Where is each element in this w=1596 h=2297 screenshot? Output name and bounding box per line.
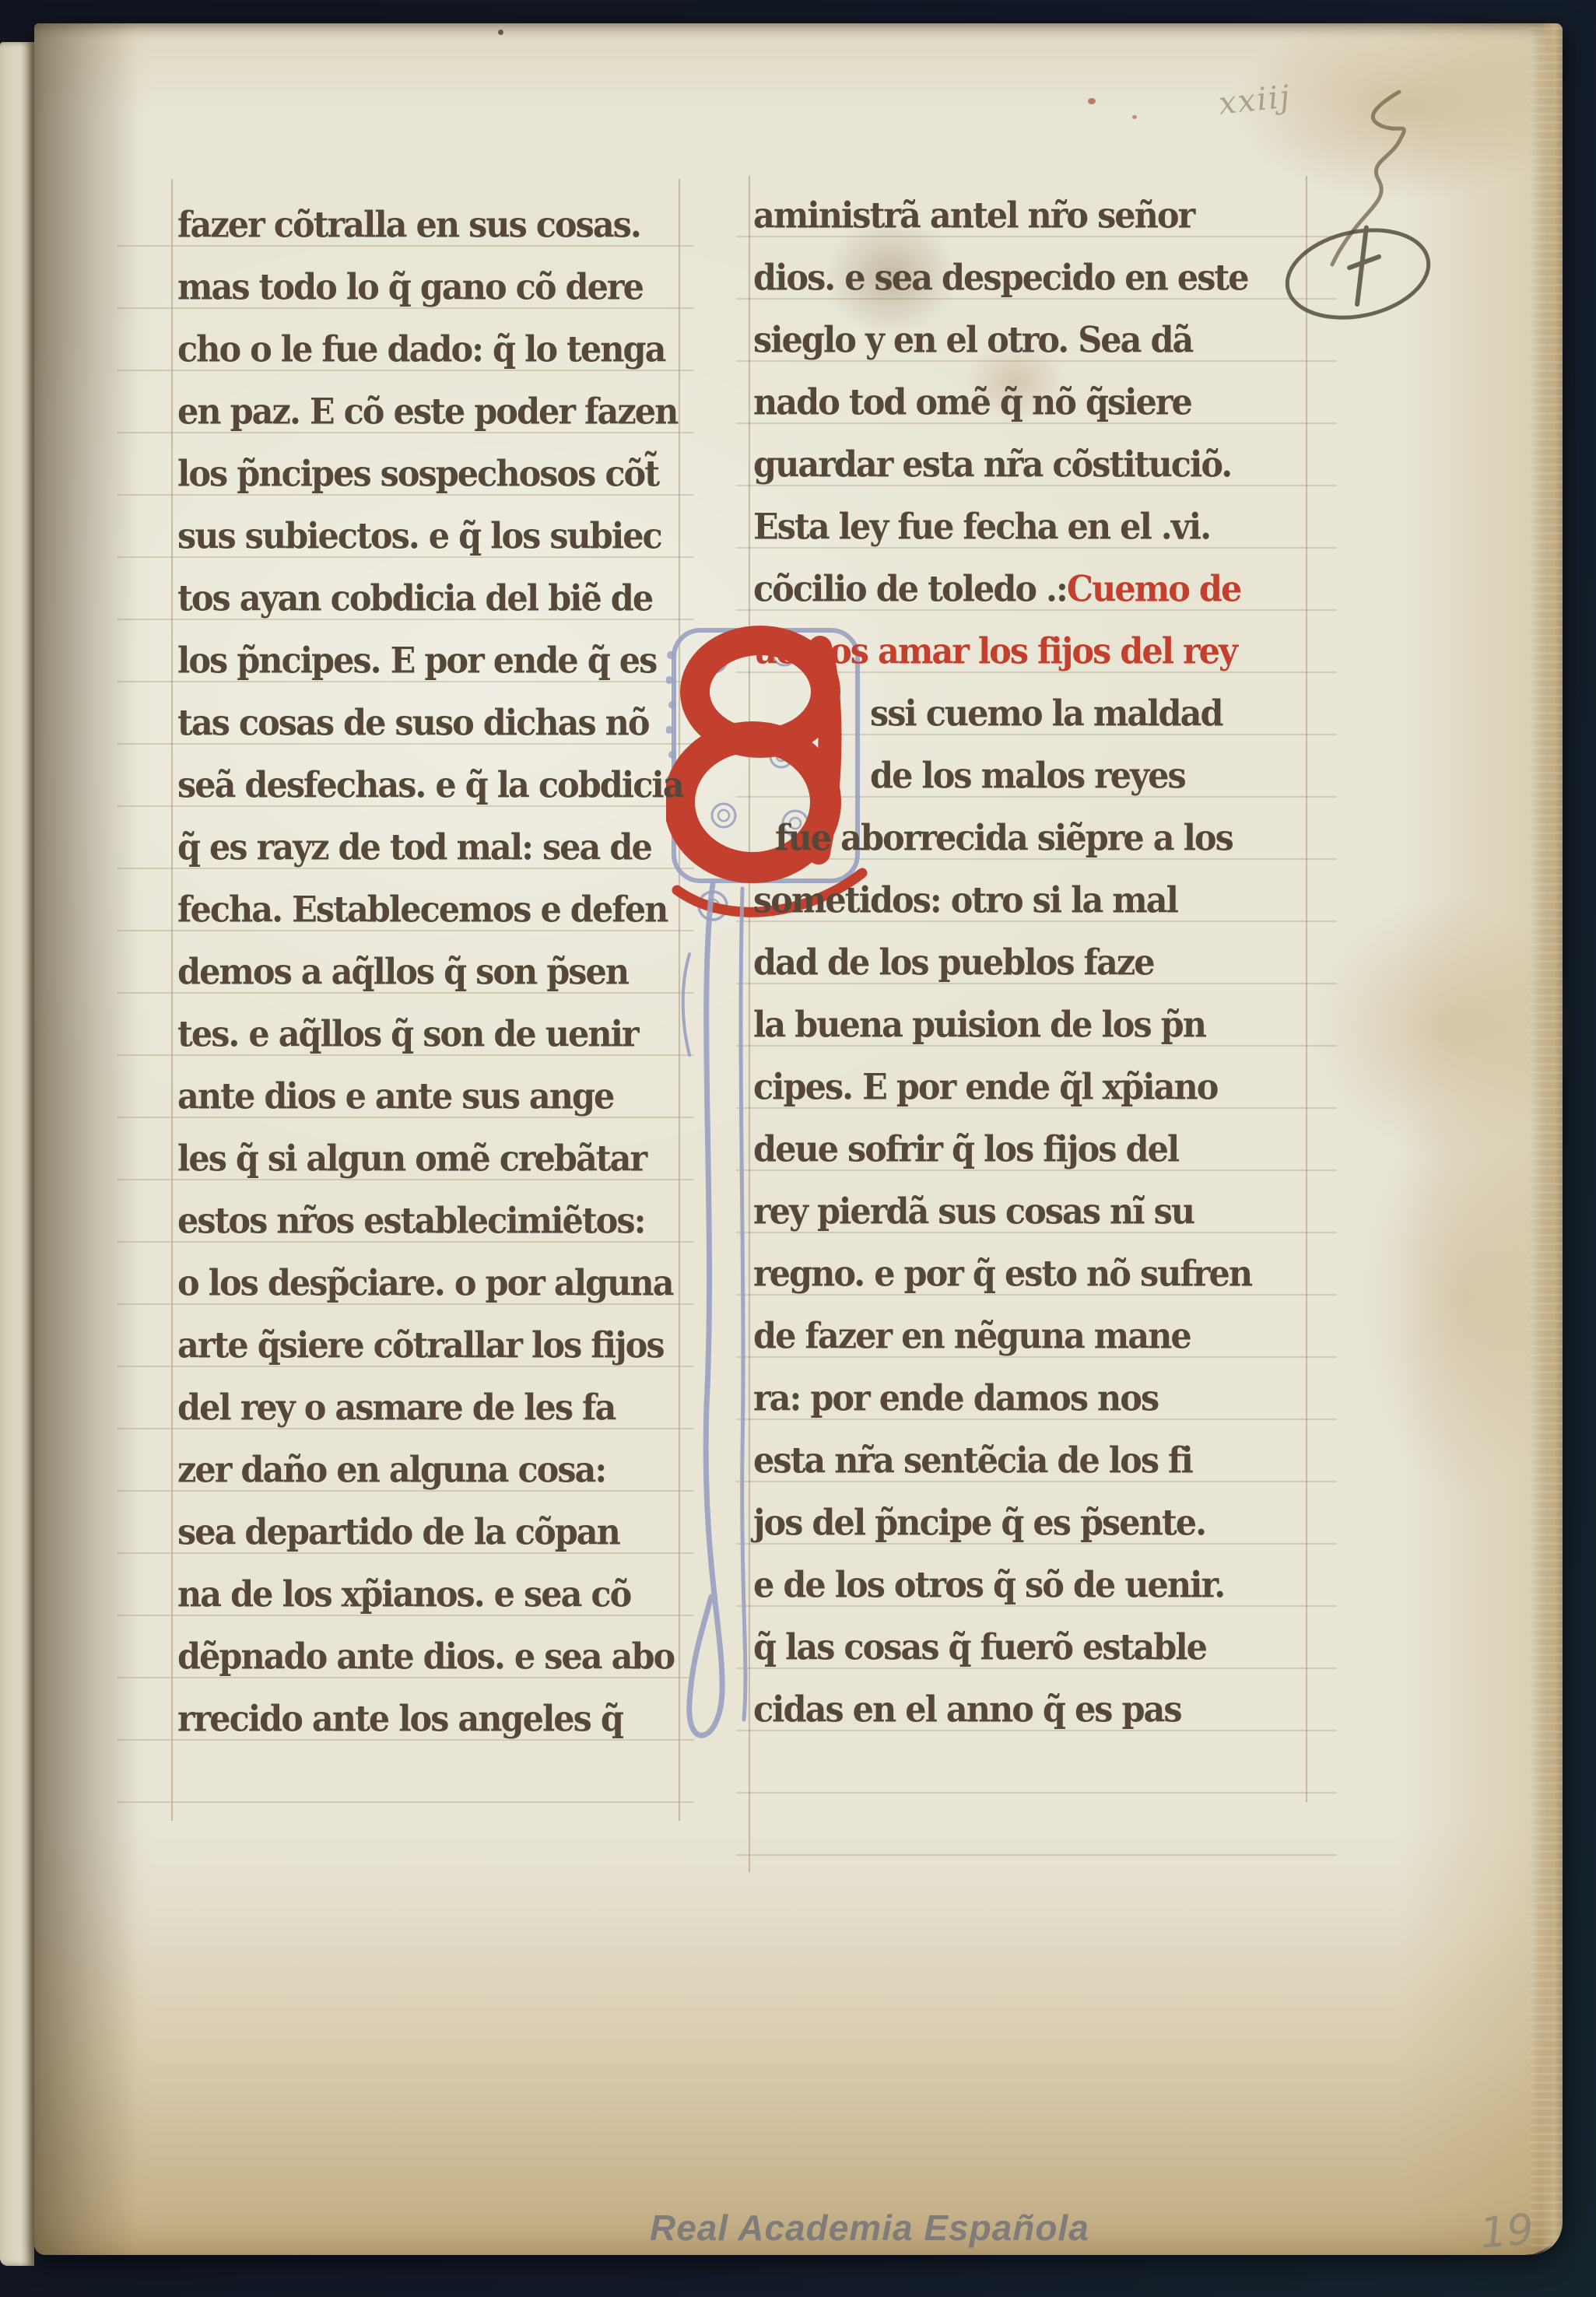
text-line: cõcilio de toledo .: Cuemo de <box>753 560 1317 622</box>
text-line: o los desp̃ciare. o por alguna <box>177 1254 700 1317</box>
text-line: los p̃ncipes sospechosos cõt̃ <box>177 445 700 507</box>
bottom-toning <box>34 1819 1563 2255</box>
text-line: regno. e por q̃ esto nõ sufren <box>753 1245 1317 1307</box>
text-line: del rey o asmare de les fa <box>177 1379 700 1441</box>
library-watermark: Real Academia Española <box>650 2207 1089 2249</box>
text-line: sieglo y en el otro. Sea dã <box>753 311 1317 373</box>
text-line: esta nr̃a sentẽcia de los fi <box>753 1432 1317 1494</box>
text-line: q̃ las cosas q̃ fuerõ estable <box>753 1618 1317 1681</box>
text-line: de los malos reyes <box>753 747 1317 809</box>
text-line: arte q̃siere cõtrallar los fijos <box>177 1317 700 1379</box>
text-line: dad de los pueblos faze <box>753 934 1317 996</box>
facing-page-edge <box>0 42 34 2266</box>
text-line: la buena puision de los p̃n <box>753 996 1317 1058</box>
text-line: les q̃ si algun omẽ crebãtar <box>177 1130 700 1192</box>
text-line: sea departido de la cõpan <box>177 1503 700 1566</box>
text-line: Esta ley fue fecha en el .vi. <box>753 498 1317 560</box>
text-line: guardar esta nr̃a cõstituciõ. <box>753 436 1317 498</box>
parchment-page: xxiij A <box>34 23 1563 2255</box>
ruling-vertical <box>171 179 173 1821</box>
text-line: sus subiectos. e q̃ los subiec <box>177 507 700 570</box>
pen-flourish <box>1332 92 1404 265</box>
pencil-page-number: 19 <box>1478 2204 1535 2258</box>
text-line: ssi cuemo la maldad <box>753 685 1317 747</box>
page-edge-stack <box>1530 23 1563 2255</box>
text-line: en paz. E cõ este poder fazen <box>177 383 700 445</box>
text-line: cho o le fue dado: q̃ lo tenga <box>177 321 700 383</box>
text-line: cipes. E por ende q̃l xp̃iano <box>753 1058 1317 1120</box>
red-speck <box>1088 98 1096 104</box>
text-line: tos ayan cobdicia del biẽ de <box>177 570 700 632</box>
manuscript-photo: xxiij A <box>0 0 1596 2297</box>
text-line: tes. e aq̃llos q̃ son de uenir <box>177 1005 700 1068</box>
text-line: rey pierdã sus cosas nĩ su <box>753 1183 1317 1245</box>
text-line: ante dios e ante sus ange <box>177 1068 700 1130</box>
text-line: deue sofrir q̃ los fijos del <box>753 1120 1317 1183</box>
text-line: dios. e sea despecido en este <box>753 249 1317 311</box>
text-line: fue aborrecida siẽpre a los <box>753 809 1317 871</box>
text-line: na de los xp̃ianos. e sea cõ <box>177 1566 700 1628</box>
text-line: fazer cõtralla en sus cosas. <box>177 196 700 258</box>
text-line: rrecido ante los angeles q̃ <box>177 1690 700 1752</box>
text-line: estos nr̃os establecimiẽtos: <box>177 1192 700 1254</box>
left-column: fazer cõtralla en sus cosas.mas todo lo … <box>177 196 700 1752</box>
text-line: tas cosas de suso dichas nõ <box>177 694 700 756</box>
text-line: aministrã antel nr̃o señor <box>753 187 1317 249</box>
text-line: fecha. Establecemos e defen <box>177 881 700 943</box>
text-line: ra: por ende damos nos <box>753 1369 1317 1432</box>
text-line: los p̃ncipes. E por ende q̃ es <box>177 632 700 694</box>
ink-speck <box>498 30 503 35</box>
text-line: sometidos: otro si la mal <box>753 871 1317 934</box>
text-line: nado tod omẽ q̃ nõ q̃siere <box>753 373 1317 436</box>
text-line: cidas en el anno q̃ es pas <box>753 1681 1317 1743</box>
text-line: demos a aq̃llos q̃ son p̃sen <box>177 943 700 1005</box>
text-line: zer daño en alguna cosa: <box>177 1441 700 1503</box>
text-line: jos del p̃ncipe q̃ es p̃sente. <box>753 1494 1317 1556</box>
text-line: uemos amar los fijos del rey <box>753 622 1317 685</box>
text-line: e de los otros q̃ sõ de uenir. <box>753 1556 1317 1618</box>
text-line: mas todo lo q̃ gano cõ dere <box>177 258 700 321</box>
text-line: de fazer en nẽguna mane <box>753 1307 1317 1369</box>
right-column: aministrã antel nr̃o señordios. e sea de… <box>753 187 1317 1743</box>
text-line: seã desfechas. e q̃ la cobdicia <box>177 756 700 819</box>
text-line: q̃ es rayz de tod mal: sea de <box>177 819 700 881</box>
text-line: dẽpnado ante dios. e sea abo <box>177 1628 700 1690</box>
red-speck <box>1132 115 1137 119</box>
gutter-shadow <box>34 23 137 2255</box>
